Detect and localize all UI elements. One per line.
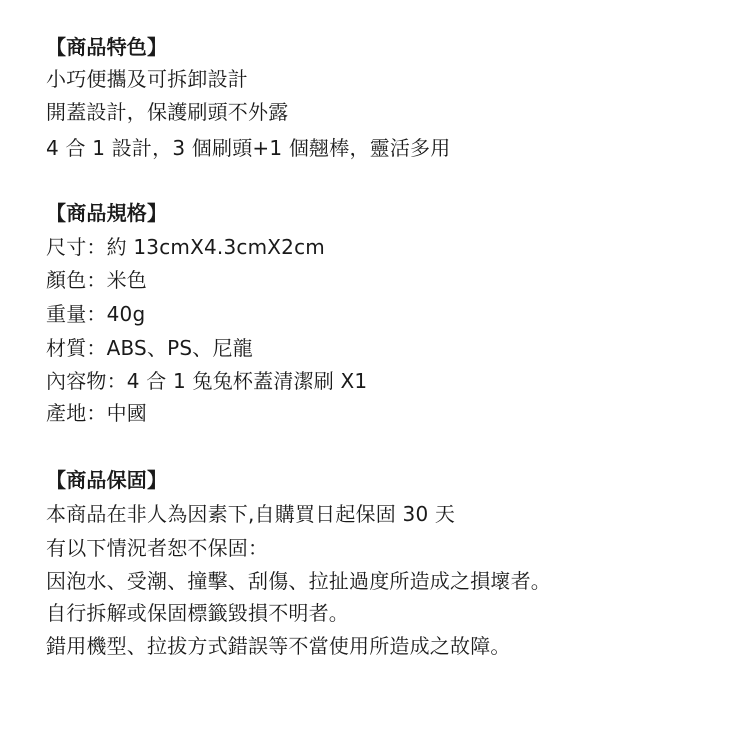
spec-line-weight: 重量：40g xyxy=(46,302,145,326)
warranty-line: 有以下情況者恕不保固： xyxy=(46,536,268,560)
warranty-line: 本商品在非人為因素下,自購買日起保固 30 天 xyxy=(46,502,455,526)
feature-line: 4 合 1 設計，3 個刷頭+1 個翹棒，靈活多用 xyxy=(46,136,450,160)
warranty-line: 自行拆解或保固標籤毀損不明者。 xyxy=(46,601,349,625)
section-heading-specs: 【商品規格】 xyxy=(46,201,167,225)
section-heading-features: 【商品特色】 xyxy=(46,35,167,59)
spec-line-size: 尺寸：約 13cmX4.3cmX2cm xyxy=(46,235,325,259)
spec-line-color: 顏色：米色 xyxy=(46,268,147,292)
feature-line: 小巧便攜及可拆卸設計 xyxy=(46,67,248,91)
spec-line-contents: 內容物：4 合 1 兔兔杯蓋清潔刷 X1 xyxy=(46,369,367,393)
warranty-line: 錯用機型、拉拔方式錯誤等不當使用所造成之故障。 xyxy=(46,634,511,658)
warranty-line: 因泡水、受潮、撞擊、刮傷、拉扯過度所造成之損壞者。 xyxy=(46,569,551,593)
section-heading-warranty: 【商品保固】 xyxy=(46,468,167,492)
spec-line-origin: 產地：中國 xyxy=(46,401,147,425)
spec-line-material: 材質：ABS、PS、尼龍 xyxy=(46,336,253,360)
feature-line: 開蓋設計，保護刷頭不外露 xyxy=(46,100,288,124)
